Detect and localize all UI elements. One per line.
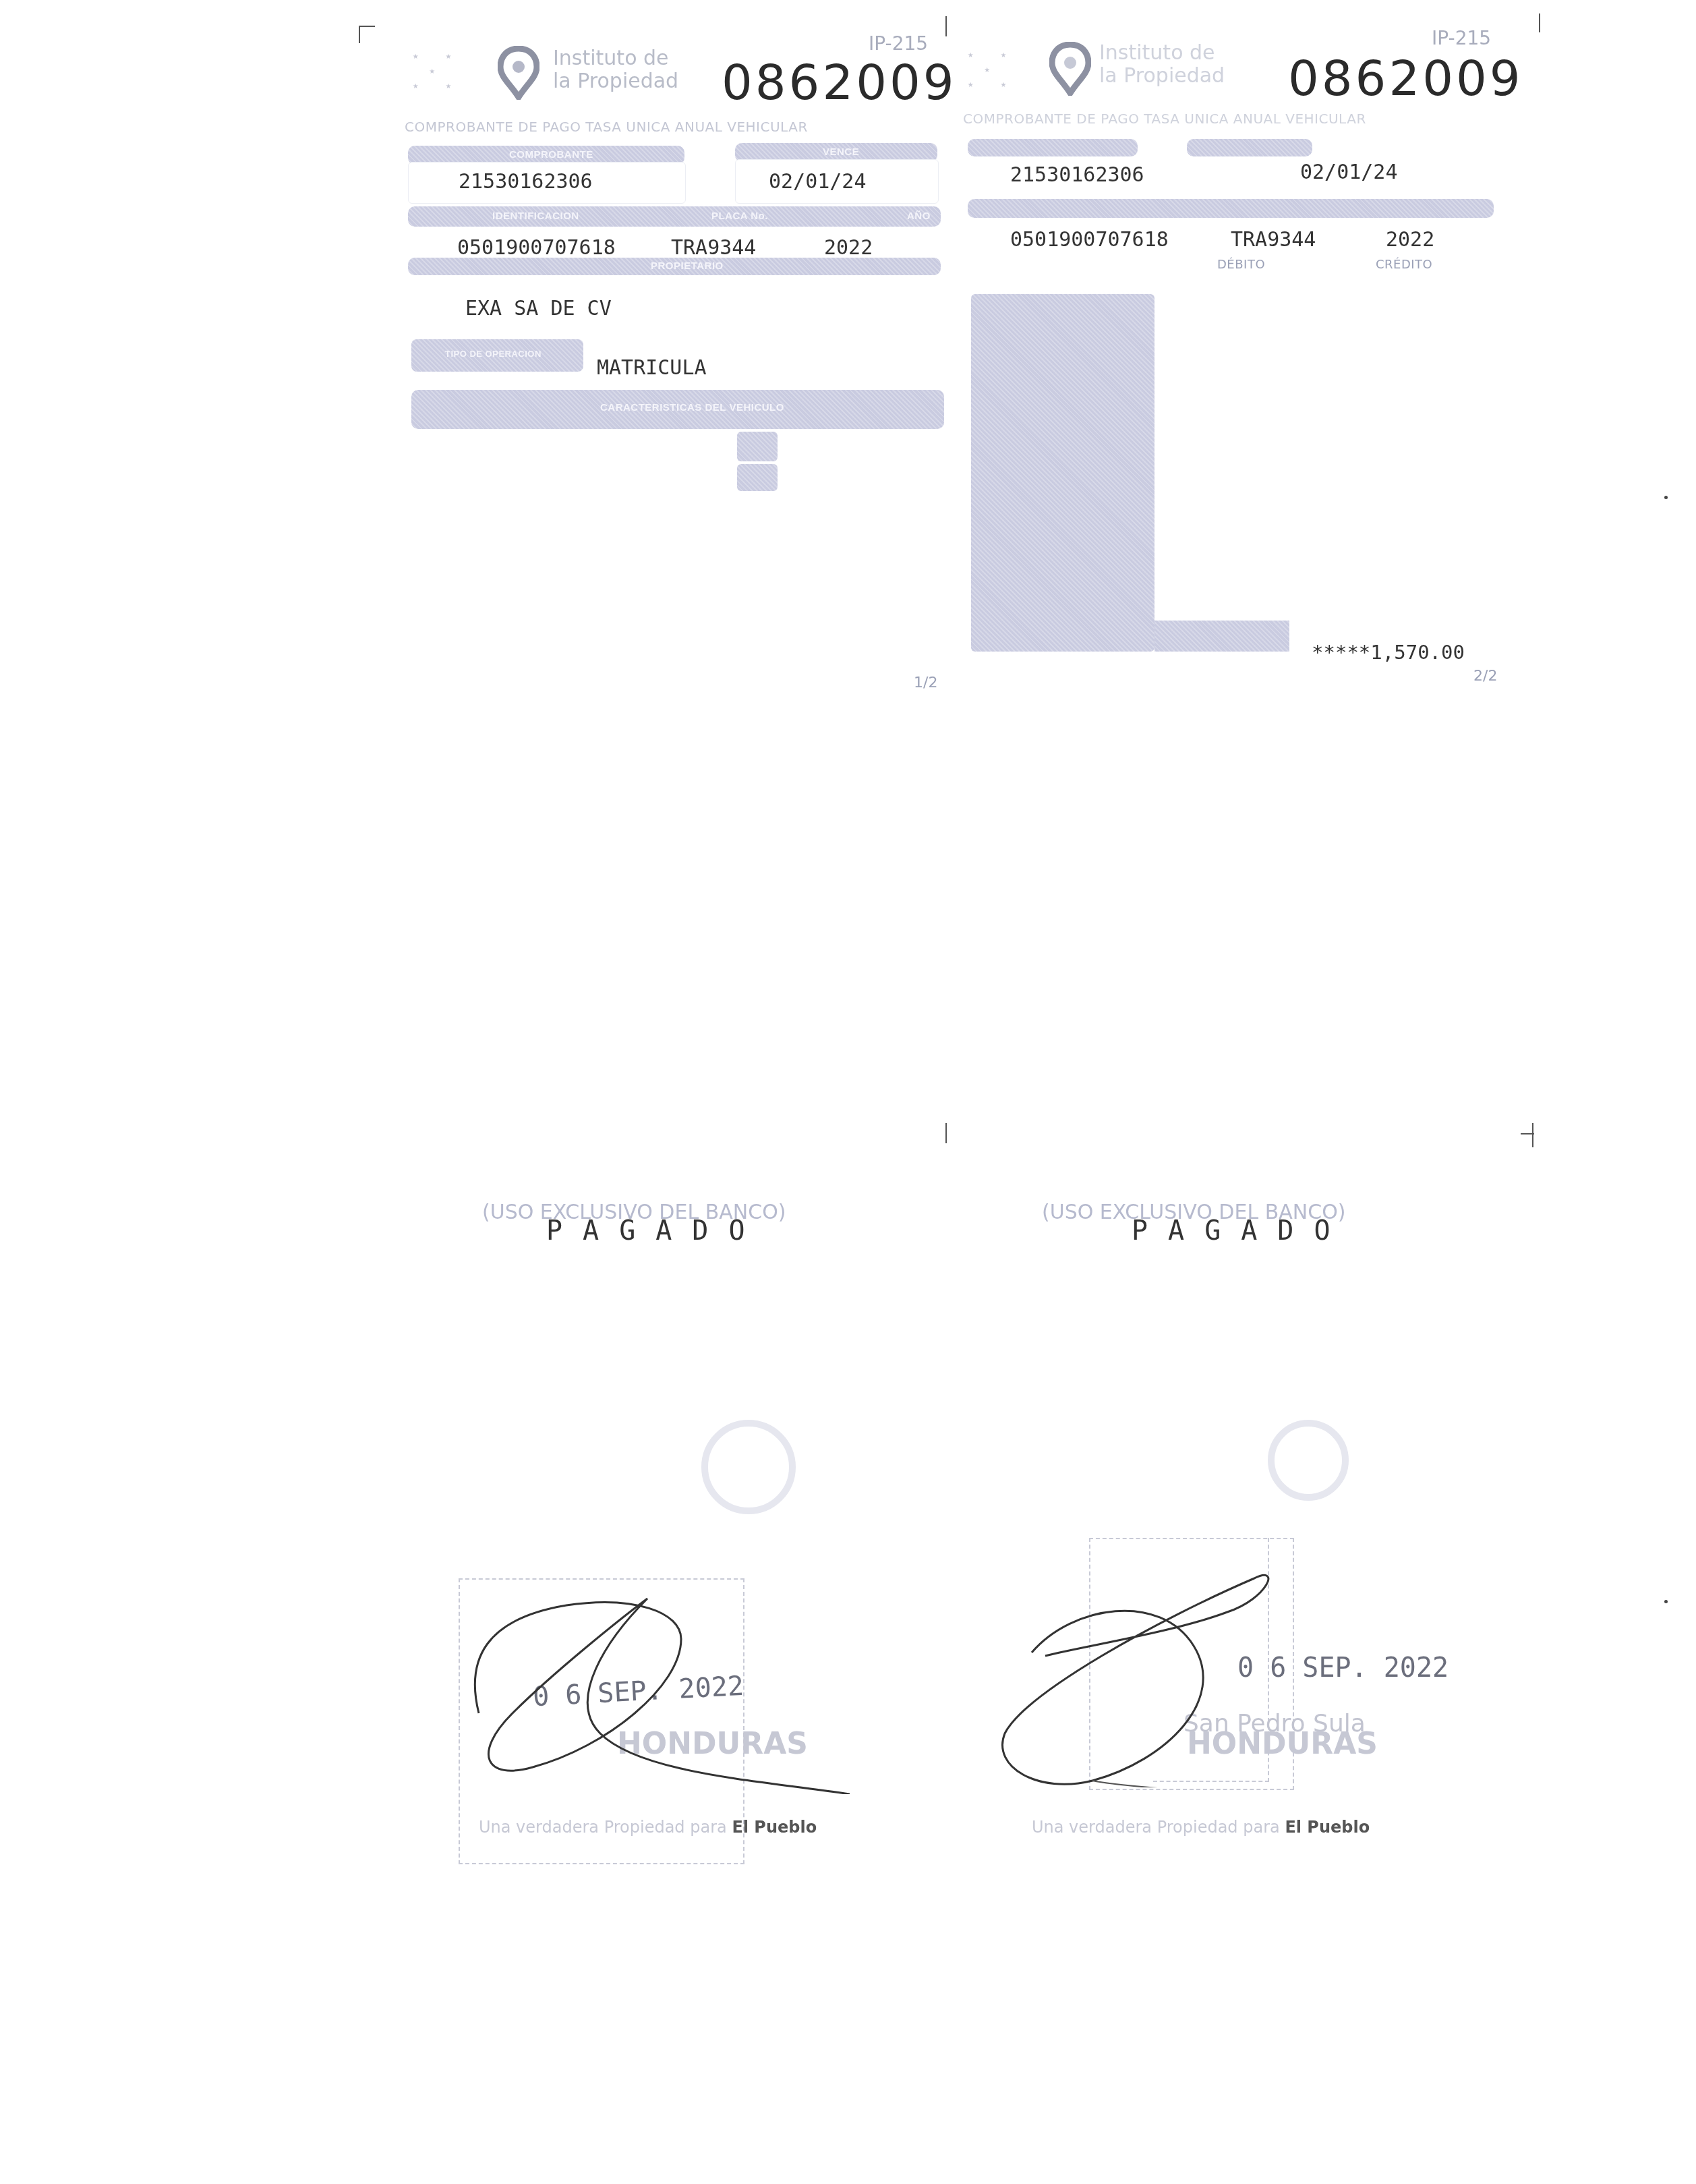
page-number: 2/2 — [1473, 668, 1497, 685]
page-number: 1/2 — [914, 674, 937, 691]
bank-validation-right: (USO EXCLUSIVO DEL BANCO) PAGADO 0 6 SEP… — [985, 1187, 1565, 1889]
ip-logo-pin-icon — [498, 46, 539, 100]
bank-validation-left: (USO EXCLUSIVO DEL BANCO) PAGADO 0 6 SEP… — [405, 1187, 985, 1889]
scan-dot — [1664, 1600, 1668, 1603]
ip-logo-pin-icon — [1049, 42, 1091, 96]
comprobante-value: 21530162306 — [459, 170, 593, 194]
charges-label-column — [971, 294, 1154, 652]
flag-stars-icon: ★ ★ ★★ ★ — [968, 47, 1017, 92]
receipt-page-1: ★ ★ ★★ ★ Instituto de la Propiedad IP-21… — [405, 27, 958, 695]
flag-stars-icon: ★ ★ ★★ ★ — [413, 49, 462, 93]
propietario-header: PROPIETARIO — [408, 258, 941, 275]
vehicle-cil-label — [737, 464, 778, 491]
form-code: IP-215 — [869, 32, 928, 55]
anio-value: 2022 — [824, 236, 873, 260]
comprobante-header — [968, 139, 1138, 156]
identificacion-value: 0501900707618 — [1010, 228, 1169, 252]
identificacion-value: 0501900707618 — [457, 236, 616, 260]
signature — [459, 1578, 890, 1794]
signature — [985, 1565, 1335, 1787]
institution-line-1: Instituto de — [553, 47, 678, 70]
institution-name: Instituto de la Propiedad — [1099, 42, 1225, 88]
vence-header — [1187, 139, 1312, 156]
receipt-page-2: ★ ★ ★★ ★ Instituto de la Propiedad IP-21… — [964, 27, 1517, 695]
placa-value: TRA9344 — [671, 236, 756, 260]
faint-logo-watermark — [701, 1420, 796, 1514]
tipo-operacion-label: TIPO DE OPERACION — [411, 339, 583, 372]
vehicle-anio-label — [737, 432, 778, 461]
debito-header: DÉBITO — [1217, 258, 1265, 272]
form-code: IP-215 — [1432, 27, 1491, 49]
crop-mark — [359, 26, 375, 27]
crop-mark — [945, 1123, 947, 1143]
document-number: 0862009 — [722, 54, 957, 111]
vence-value: 02/01/24 — [1300, 161, 1398, 184]
credito-header: CRÉDITO — [1376, 258, 1432, 272]
tagline: Una verdadera Propiedad para El Pueblo — [479, 1818, 817, 1837]
paid-label: PAGADO — [546, 1215, 765, 1246]
institution-line-1: Instituto de — [1099, 42, 1225, 65]
crop-mark — [359, 26, 360, 43]
vence-value: 02/01/24 — [769, 170, 867, 194]
saldo-value: *****1,570.00 — [1312, 641, 1465, 664]
document-number: 0862009 — [1288, 50, 1523, 107]
tagline: Una verdadera Propiedad para El Pueblo — [1032, 1818, 1370, 1837]
paid-label: PAGADO — [1132, 1215, 1351, 1246]
receipt-subtitle: COMPROBANTE DE PAGO TASA UNICA ANUAL VEH… — [405, 119, 808, 135]
total-highlight — [1154, 621, 1289, 652]
propietario-value: EXA SA DE CV — [465, 297, 612, 320]
identification-header — [968, 199, 1494, 218]
caracteristicas-header: CARACTERISTICAS DEL VEHICULO — [411, 390, 944, 429]
identification-header: IDENTIFICACION PLACA No. AÑO — [408, 206, 941, 227]
crop-mark — [1539, 13, 1540, 32]
anio-value: 2022 — [1386, 228, 1434, 252]
institution-line-2: la Propiedad — [553, 70, 678, 93]
institution-line-2: la Propiedad — [1099, 65, 1225, 88]
comprobante-value: 21530162306 — [1010, 163, 1144, 187]
placa-value: TRA9344 — [1231, 228, 1316, 252]
crop-mark — [1532, 1123, 1533, 1147]
faint-logo-watermark — [1268, 1420, 1349, 1501]
scan-dot — [1664, 496, 1668, 499]
institution-name: Instituto de la Propiedad — [553, 47, 678, 93]
tipo-operacion-value: MATRICULA — [597, 356, 707, 380]
receipt-subtitle: COMPROBANTE DE PAGO TASA UNICA ANUAL VEH… — [963, 111, 1366, 127]
